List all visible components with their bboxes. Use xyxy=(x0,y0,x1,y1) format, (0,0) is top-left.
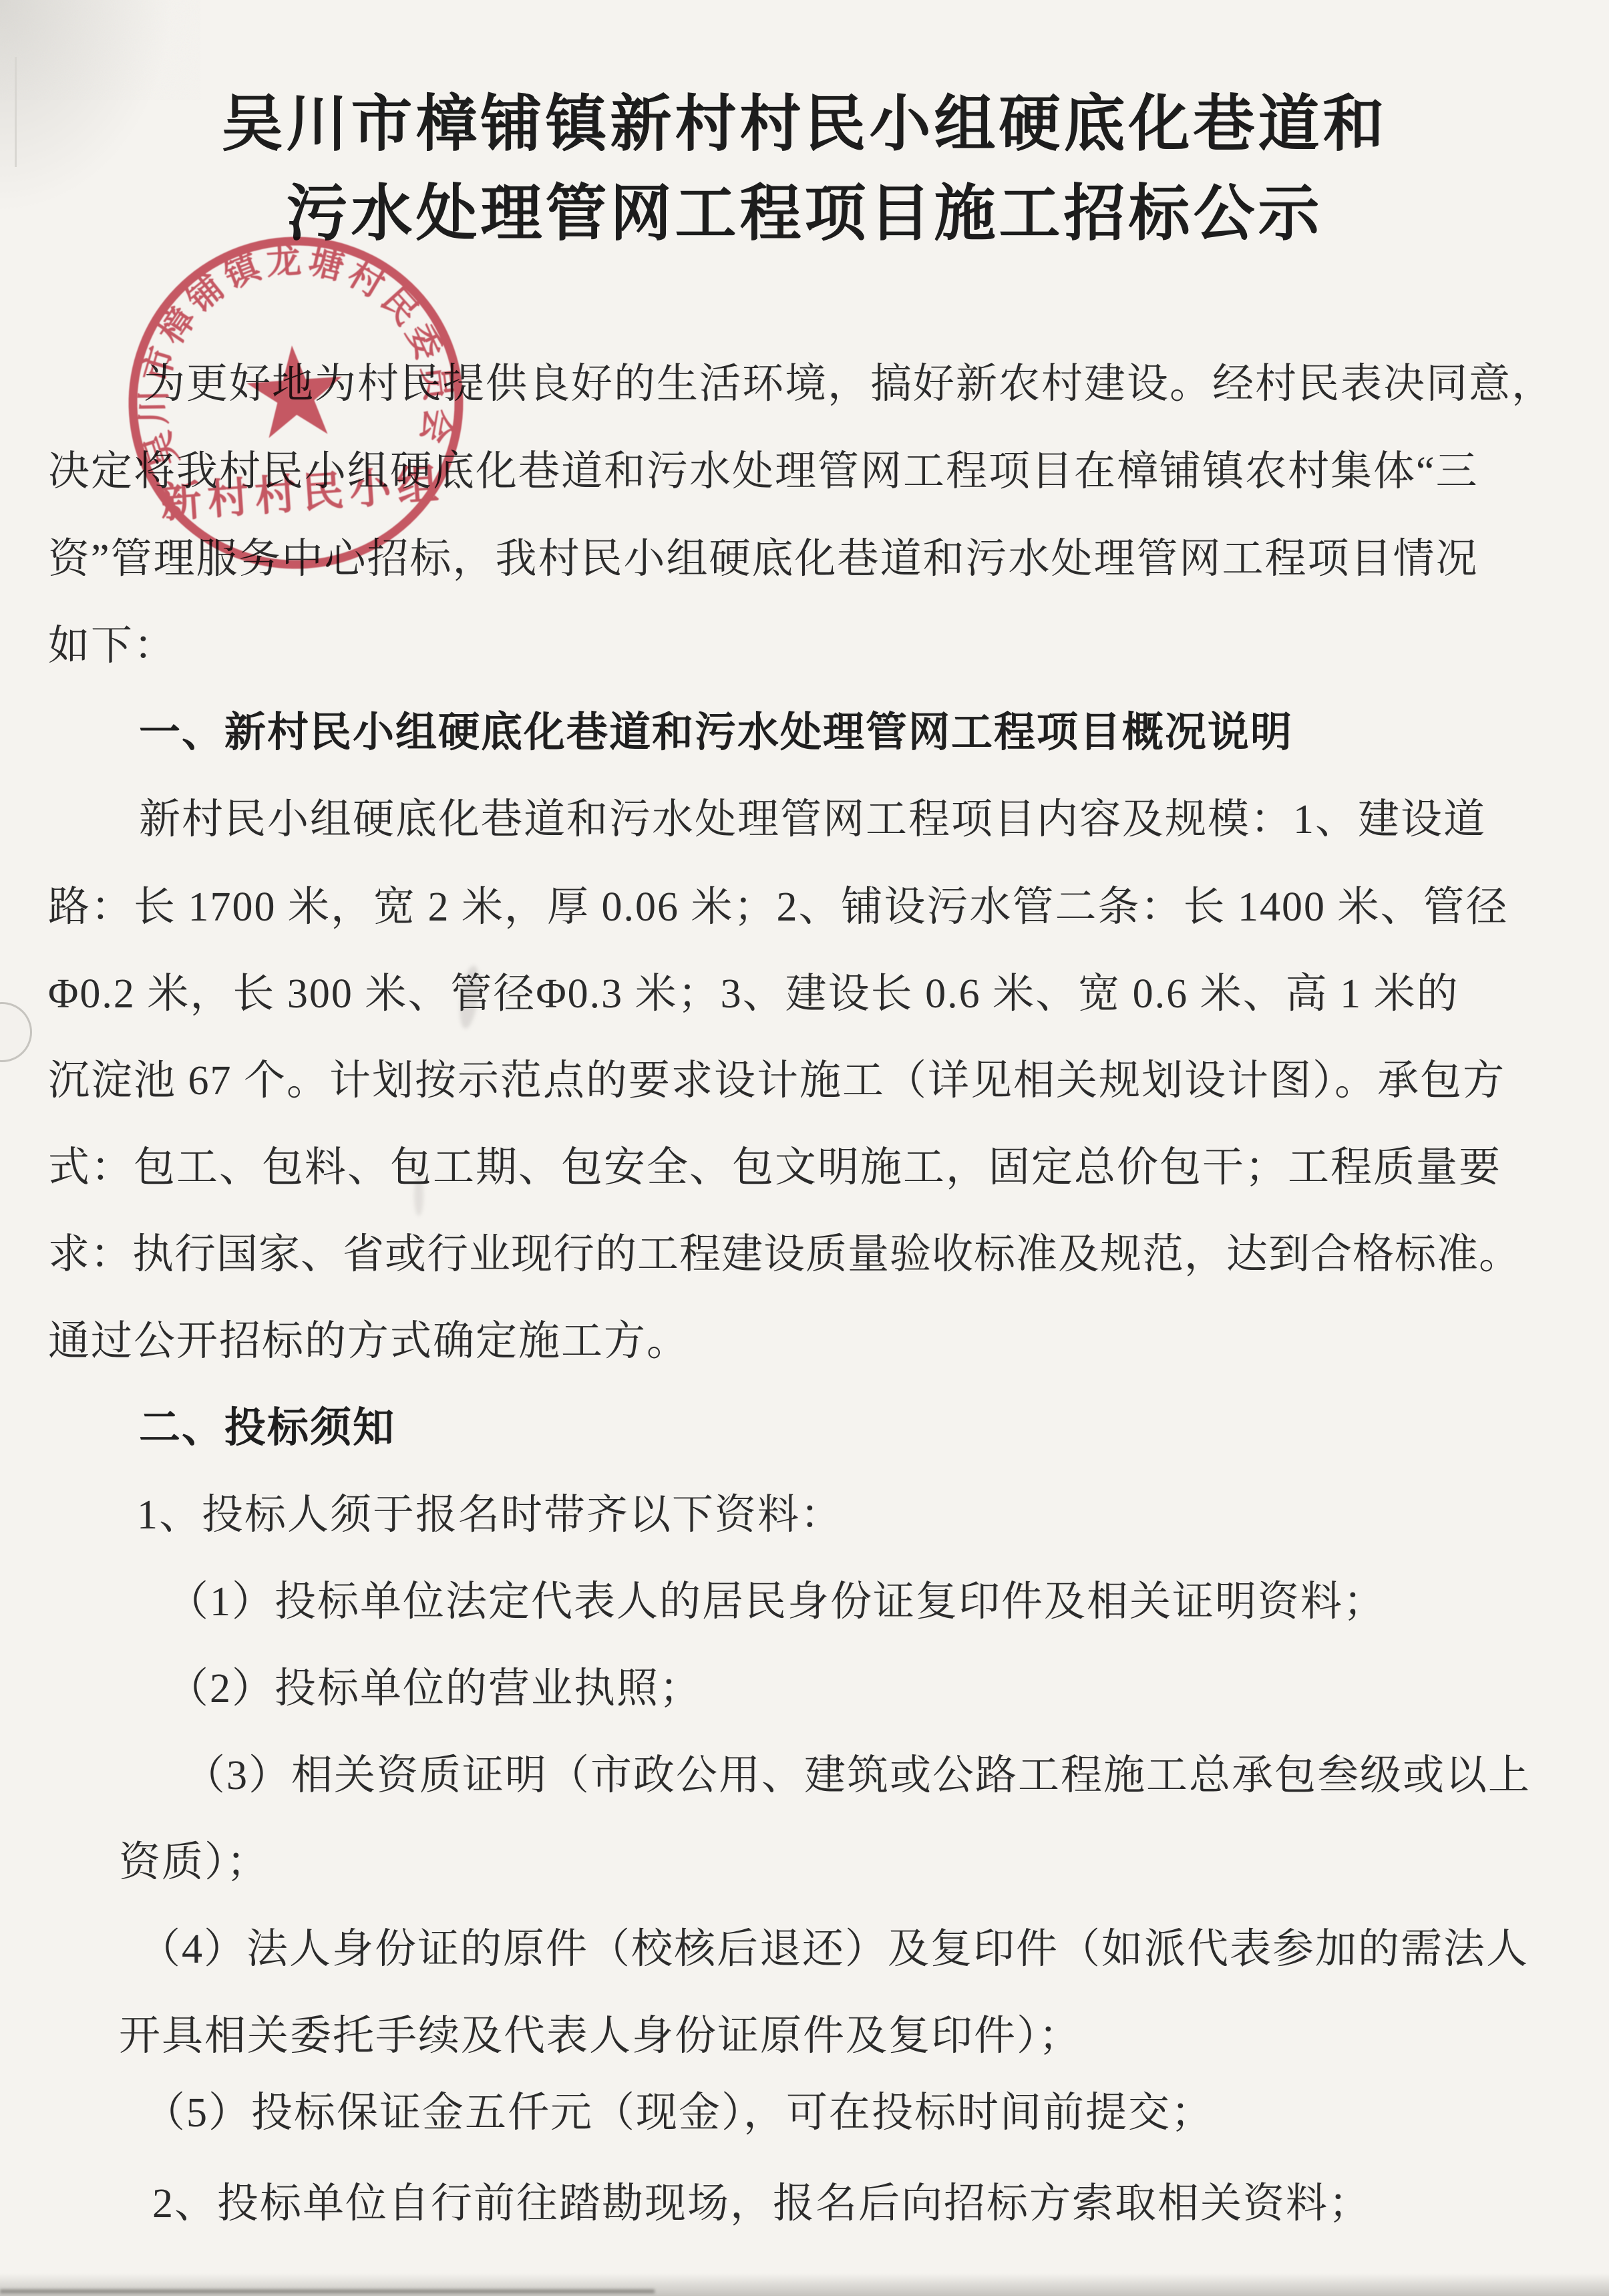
body-line: 如下： xyxy=(48,612,176,671)
body-line: 求：执行国家、省或行业现行的工程建设质量验收标准及规范，达到合格标准。 xyxy=(48,1220,1521,1280)
body-line: 沉淀池 67 个。计划按示范点的要求设计施工（详见相关规划设计图）。承包方 xyxy=(48,1047,1505,1106)
section-heading-1: 一、新村民小组硬底化巷道和污水处理管网工程项目概况说明 xyxy=(139,699,1293,758)
punch-hole-notch xyxy=(0,1002,32,1062)
scan-bottom-streak xyxy=(0,2289,655,2293)
seal-center-text: 新村村民小组 xyxy=(159,461,446,527)
body-line: （1）投标单位法定代表人的居民身份证复印件及相关证明资料； xyxy=(167,1568,1386,1627)
body-line: （4）法人身份证的原件（校核后退还）及复印件（如派代表参加的需法人 xyxy=(139,1915,1529,1975)
body-line: （3）相关资质证明（市政公用、建筑或公路工程施工总承包叁级或以上 xyxy=(184,1742,1531,1801)
document-title-line-1: 吴川市樟铺镇新村村民小组硬底化巷道和 xyxy=(0,75,1609,163)
body-line: （5）投标保证金五仟元（现金），可在投标时间前提交； xyxy=(144,2079,1214,2138)
body-line: 式：包工、包料、包工期、包安全、包文明施工，固定总价包干；工程质量要 xyxy=(48,1134,1501,1193)
seal-star xyxy=(244,342,346,439)
scanned-document-page: 吴川市樟铺镇新村村民小组硬底化巷道和 污水处理管网工程项目施工招标公示 为更好地… xyxy=(0,0,1609,2296)
body-line: 资质）； xyxy=(119,1828,269,1888)
body-line: 通过公开招标的方式确定施工方。 xyxy=(48,1307,689,1367)
section-heading-2: 二、投标须知 xyxy=(139,1394,395,1454)
body-line: 1、投标人须于报名时带齐以下资料： xyxy=(137,1481,843,1540)
body-line: （2）投标单位的营业执照； xyxy=(167,1655,702,1714)
body-line: 2、投标单位自行前往踏勘现场，报名后向招标方索取相关资料； xyxy=(152,2170,1371,2229)
body-line: 路：长 1700 米，宽 2 米，厚 0.06 米；2、铺设污水管二条：长 14… xyxy=(48,873,1509,933)
body-line: 开具相关委托手续及代表人身份证原件及复印件）； xyxy=(119,2002,1081,2062)
official-seal: 吴川市樟铺镇龙塘村民委员会 新村村民小组 xyxy=(94,201,498,605)
body-line: Φ0.2 米，长 300 米、管径Φ0.3 米；3、建设长 0.6 米、宽 0.… xyxy=(48,960,1459,1019)
body-line: 新村民小组硬底化巷道和污水处理管网工程项目内容及规模：1、建设道 xyxy=(139,786,1486,845)
